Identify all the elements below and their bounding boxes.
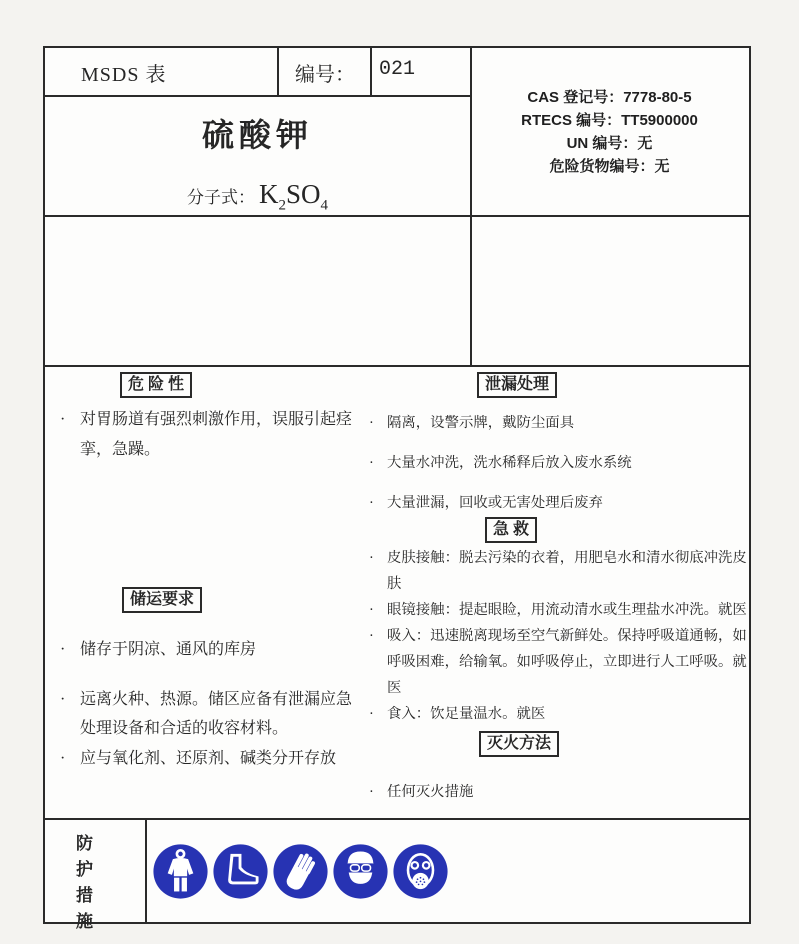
msds-document-page: { "ui": { "bullet": "·" }, "colors": { "… <box>0 0 799 944</box>
registry-panel: CAS 登记号：7778-80-5 RTECS 编号：TT5900000 UN … <box>470 48 749 215</box>
list-item: ·储存于阴凉、通风的库房 <box>45 635 360 664</box>
divider <box>45 95 470 97</box>
divider <box>370 48 372 95</box>
bullet-icon: · <box>369 701 374 727</box>
list-item: ·任何灭火措施 <box>365 779 749 805</box>
hazard-list: ·对胃肠道有强烈刺激作用，误服引起痉挛，急躁。 <box>45 405 360 465</box>
bullet-icon: · <box>60 405 65 435</box>
list-item: ·吸入：迅速脱离现场至空气新鲜处。保持呼吸道通畅，如呼吸困难，给输氧。如呼吸停止… <box>365 623 749 701</box>
fire-list: ·任何灭火措施 <box>365 779 749 805</box>
goggles-icon <box>332 843 389 900</box>
bullet-icon: · <box>369 779 374 805</box>
bullet-icon: · <box>369 597 374 623</box>
chemical-name: 硫酸钾 <box>45 110 470 156</box>
storage-list: ·储存于阴凉、通风的库房 ·远离火种、热源。储区应备有泄漏应急处理设备和合适的收… <box>45 635 360 773</box>
bullet-icon: · <box>369 623 374 649</box>
hazard-section-title: 危 险 性 <box>120 372 192 398</box>
number-value: 021 <box>379 58 415 81</box>
storage-section-title: 储运要求 <box>122 587 202 613</box>
bullet-icon: · <box>369 450 374 477</box>
list-item: ·大量水冲洗，洗水稀释后放入废水系统 <box>365 450 749 477</box>
list-item: ·对胃肠道有强烈刺激作用，误服引起痉挛，急躁。 <box>45 405 360 465</box>
list-item: ·隔离，设警示牌，戴防尘面具 <box>365 410 749 437</box>
number-label: 编号： <box>295 58 355 87</box>
first-aid-section-title: 急 救 <box>485 517 537 543</box>
safety-boots-icon <box>212 843 269 900</box>
bullet-icon: · <box>60 685 65 714</box>
list-item: ·大量泄漏，回收或无害处理后废弃 <box>365 490 749 517</box>
list-item: ·食入：饮足量温水。就医 <box>365 701 749 727</box>
list-item: ·应与氧化剂、还原剂、碱类分开存放 <box>45 744 360 773</box>
leak-list: ·隔离，设警示牌，戴防尘面具 ·大量水冲洗，洗水稀释后放入废水系统 ·大量泄漏，… <box>365 410 749 517</box>
bullet-icon: · <box>369 410 374 437</box>
bullet-icon: · <box>369 490 374 517</box>
msds-sheet: MSDS 表 编号： 021 硫酸钾 分子式： K2SO4 CAS 登记号：77… <box>43 46 751 924</box>
leak-section-title: 泄漏处理 <box>477 372 557 398</box>
gloves-icon <box>272 843 329 900</box>
list-item: ·皮肤接触：脱去污染的衣着，用肥皂水和清水彻底冲洗皮肤 <box>365 545 749 597</box>
divider <box>45 215 749 217</box>
formula-value: K2SO4 <box>259 179 328 209</box>
protection-section-title: 防护措施 <box>76 831 96 935</box>
rtecs-number-line: RTECS 编号：TT5900000 <box>521 109 698 132</box>
cas-number-line: CAS 登记号：7778-80-5 <box>527 86 691 109</box>
fire-section-title: 灭火方法 <box>479 731 559 757</box>
list-item: ·眼镜接触：提起眼睑，用流动清水或生理盐水冲洗。就医 <box>365 597 749 623</box>
bullet-icon: · <box>60 635 65 664</box>
left-column: 危 险 性 ·对胃肠道有强烈刺激作用，误服引起痉挛，急躁。 储运要求 ·储存于阴… <box>45 365 360 773</box>
bullet-icon: · <box>369 545 374 571</box>
bullet-icon: · <box>60 744 65 773</box>
form-title: MSDS 表 <box>81 58 166 87</box>
formula-label: 分子式： <box>187 188 255 207</box>
list-item: ·远离火种、热源。储区应备有泄漏应急处理设备和合适的收容材料。 <box>45 685 360 743</box>
un-number-line: UN 编号：无 <box>567 132 653 155</box>
dg-number-line: 危险货物编号：无 <box>549 155 669 178</box>
gas-mask-icon <box>392 843 449 900</box>
first-aid-list: ·皮肤接触：脱去污染的衣着，用肥皂水和清水彻底冲洗皮肤 ·眼镜接触：提起眼睑，用… <box>365 545 749 727</box>
protective-suit-icon <box>152 843 209 900</box>
protection-icons <box>152 843 449 900</box>
right-column: 泄漏处理 ·隔离，设警示牌，戴防尘面具 ·大量水冲洗，洗水稀释后放入废水系统 ·… <box>365 365 749 805</box>
formula-row: 分子式： K2SO4 <box>45 179 470 214</box>
protection-row: 防护措施 <box>45 820 749 922</box>
divider <box>277 48 279 95</box>
